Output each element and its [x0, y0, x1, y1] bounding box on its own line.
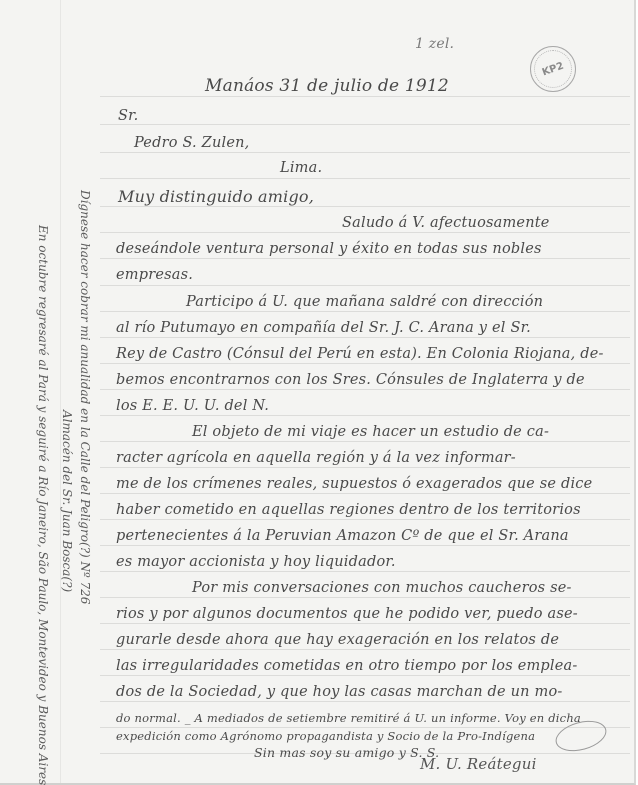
ruled-line — [100, 675, 630, 676]
ruled-line — [100, 649, 630, 650]
closing: Sin mas soy su amigo y S. S. — [254, 745, 439, 760]
body-line: es mayor accionista y hoy liquidador. — [116, 554, 396, 570]
ruled-line — [100, 389, 630, 390]
recipient-name: Pedro S. Zulen, — [134, 135, 249, 151]
ruled-line — [100, 727, 630, 728]
body-line: Rey de Castro (Cónsul del Perú en esta).… — [116, 346, 604, 362]
ruled-line — [100, 232, 630, 233]
body-line: Participo á U. que mañana saldré con dir… — [186, 294, 543, 310]
body-line: me de los crímenes reales, supuestos ó e… — [116, 476, 592, 492]
ruled-line — [100, 363, 630, 364]
ruled-line — [100, 415, 630, 416]
margin-note: En octubre regresaré al Pará y seguiré a… — [36, 225, 50, 785]
body-line: Por mis conversaciones con muchos cauche… — [192, 580, 572, 596]
ruled-line — [100, 467, 630, 468]
ruled-line — [100, 571, 630, 572]
body-line: los E. E. U. U. del N. — [116, 398, 269, 414]
body-line: bemos encontrarnos con los Sres. Cónsule… — [116, 372, 585, 388]
ruled-line — [100, 441, 630, 442]
body-line: expedición como Agrónomo propagandista y… — [116, 729, 535, 743]
body-line: las irregularidades cometidas en otro ti… — [116, 658, 577, 674]
library-stamp: KP2 — [530, 46, 576, 92]
body-line: empresas. — [116, 267, 193, 283]
ruled-line — [100, 258, 630, 259]
ruled-line — [100, 597, 630, 598]
ruled-line — [100, 519, 630, 520]
body-line: El objeto de mi viaje es hacer un estudi… — [192, 424, 549, 440]
body-line: pertenecientes á la Peruvian Amazon Cº d… — [116, 528, 569, 544]
ruled-line — [100, 206, 630, 207]
ruled-line — [100, 493, 630, 494]
ruled-line — [100, 623, 630, 624]
body-line: al río Putumayo en compañía del Sr. J. C… — [116, 320, 531, 336]
ruled-line — [100, 178, 630, 179]
margin-line — [60, 0, 61, 783]
place-date: Manáos 31 de julio de 1912 — [205, 76, 449, 96]
ruled-line — [100, 124, 630, 125]
body-line: gurarle desde ahora que hay exageración … — [116, 632, 559, 648]
pencil-annotation: 1 zel. — [415, 36, 454, 52]
body-line: deseándole ventura personal y éxito en t… — [116, 241, 542, 257]
ruled-line — [100, 311, 630, 312]
recipient-city: Lima. — [280, 160, 322, 176]
margin-note: Dígnese hacer cobrar mi anualidad en la … — [78, 190, 92, 604]
body-line: Saludo á V. afectuosamente — [342, 215, 550, 231]
salutation-title: Sr. — [118, 108, 138, 124]
signature: M. U. Reátegui — [420, 755, 537, 773]
letter-sheet: 1 zel. KP2 Manáos 31 de julio de 1912 Sr… — [0, 0, 636, 785]
body-line: rios y por algunos documentos que he pod… — [116, 606, 578, 622]
margin-note: Almacén del Sr. Juan Bosca(?) — [60, 410, 74, 592]
ruled-line — [100, 337, 630, 338]
ruled-line — [100, 285, 630, 286]
ruled-line — [100, 545, 630, 546]
body-line: do normal. _ A mediados de setiembre rem… — [116, 711, 581, 725]
ruled-line — [100, 152, 630, 153]
body-line: dos de la Sociedad, y que hoy las casas … — [116, 684, 563, 700]
ruled-line — [100, 701, 630, 702]
body-line: haber cometido en aquellas regiones dent… — [116, 502, 581, 518]
ruled-line — [100, 96, 630, 97]
body-line: racter agrícola en aquella región y á la… — [116, 450, 516, 466]
greeting: Muy distinguido amigo, — [118, 187, 314, 206]
